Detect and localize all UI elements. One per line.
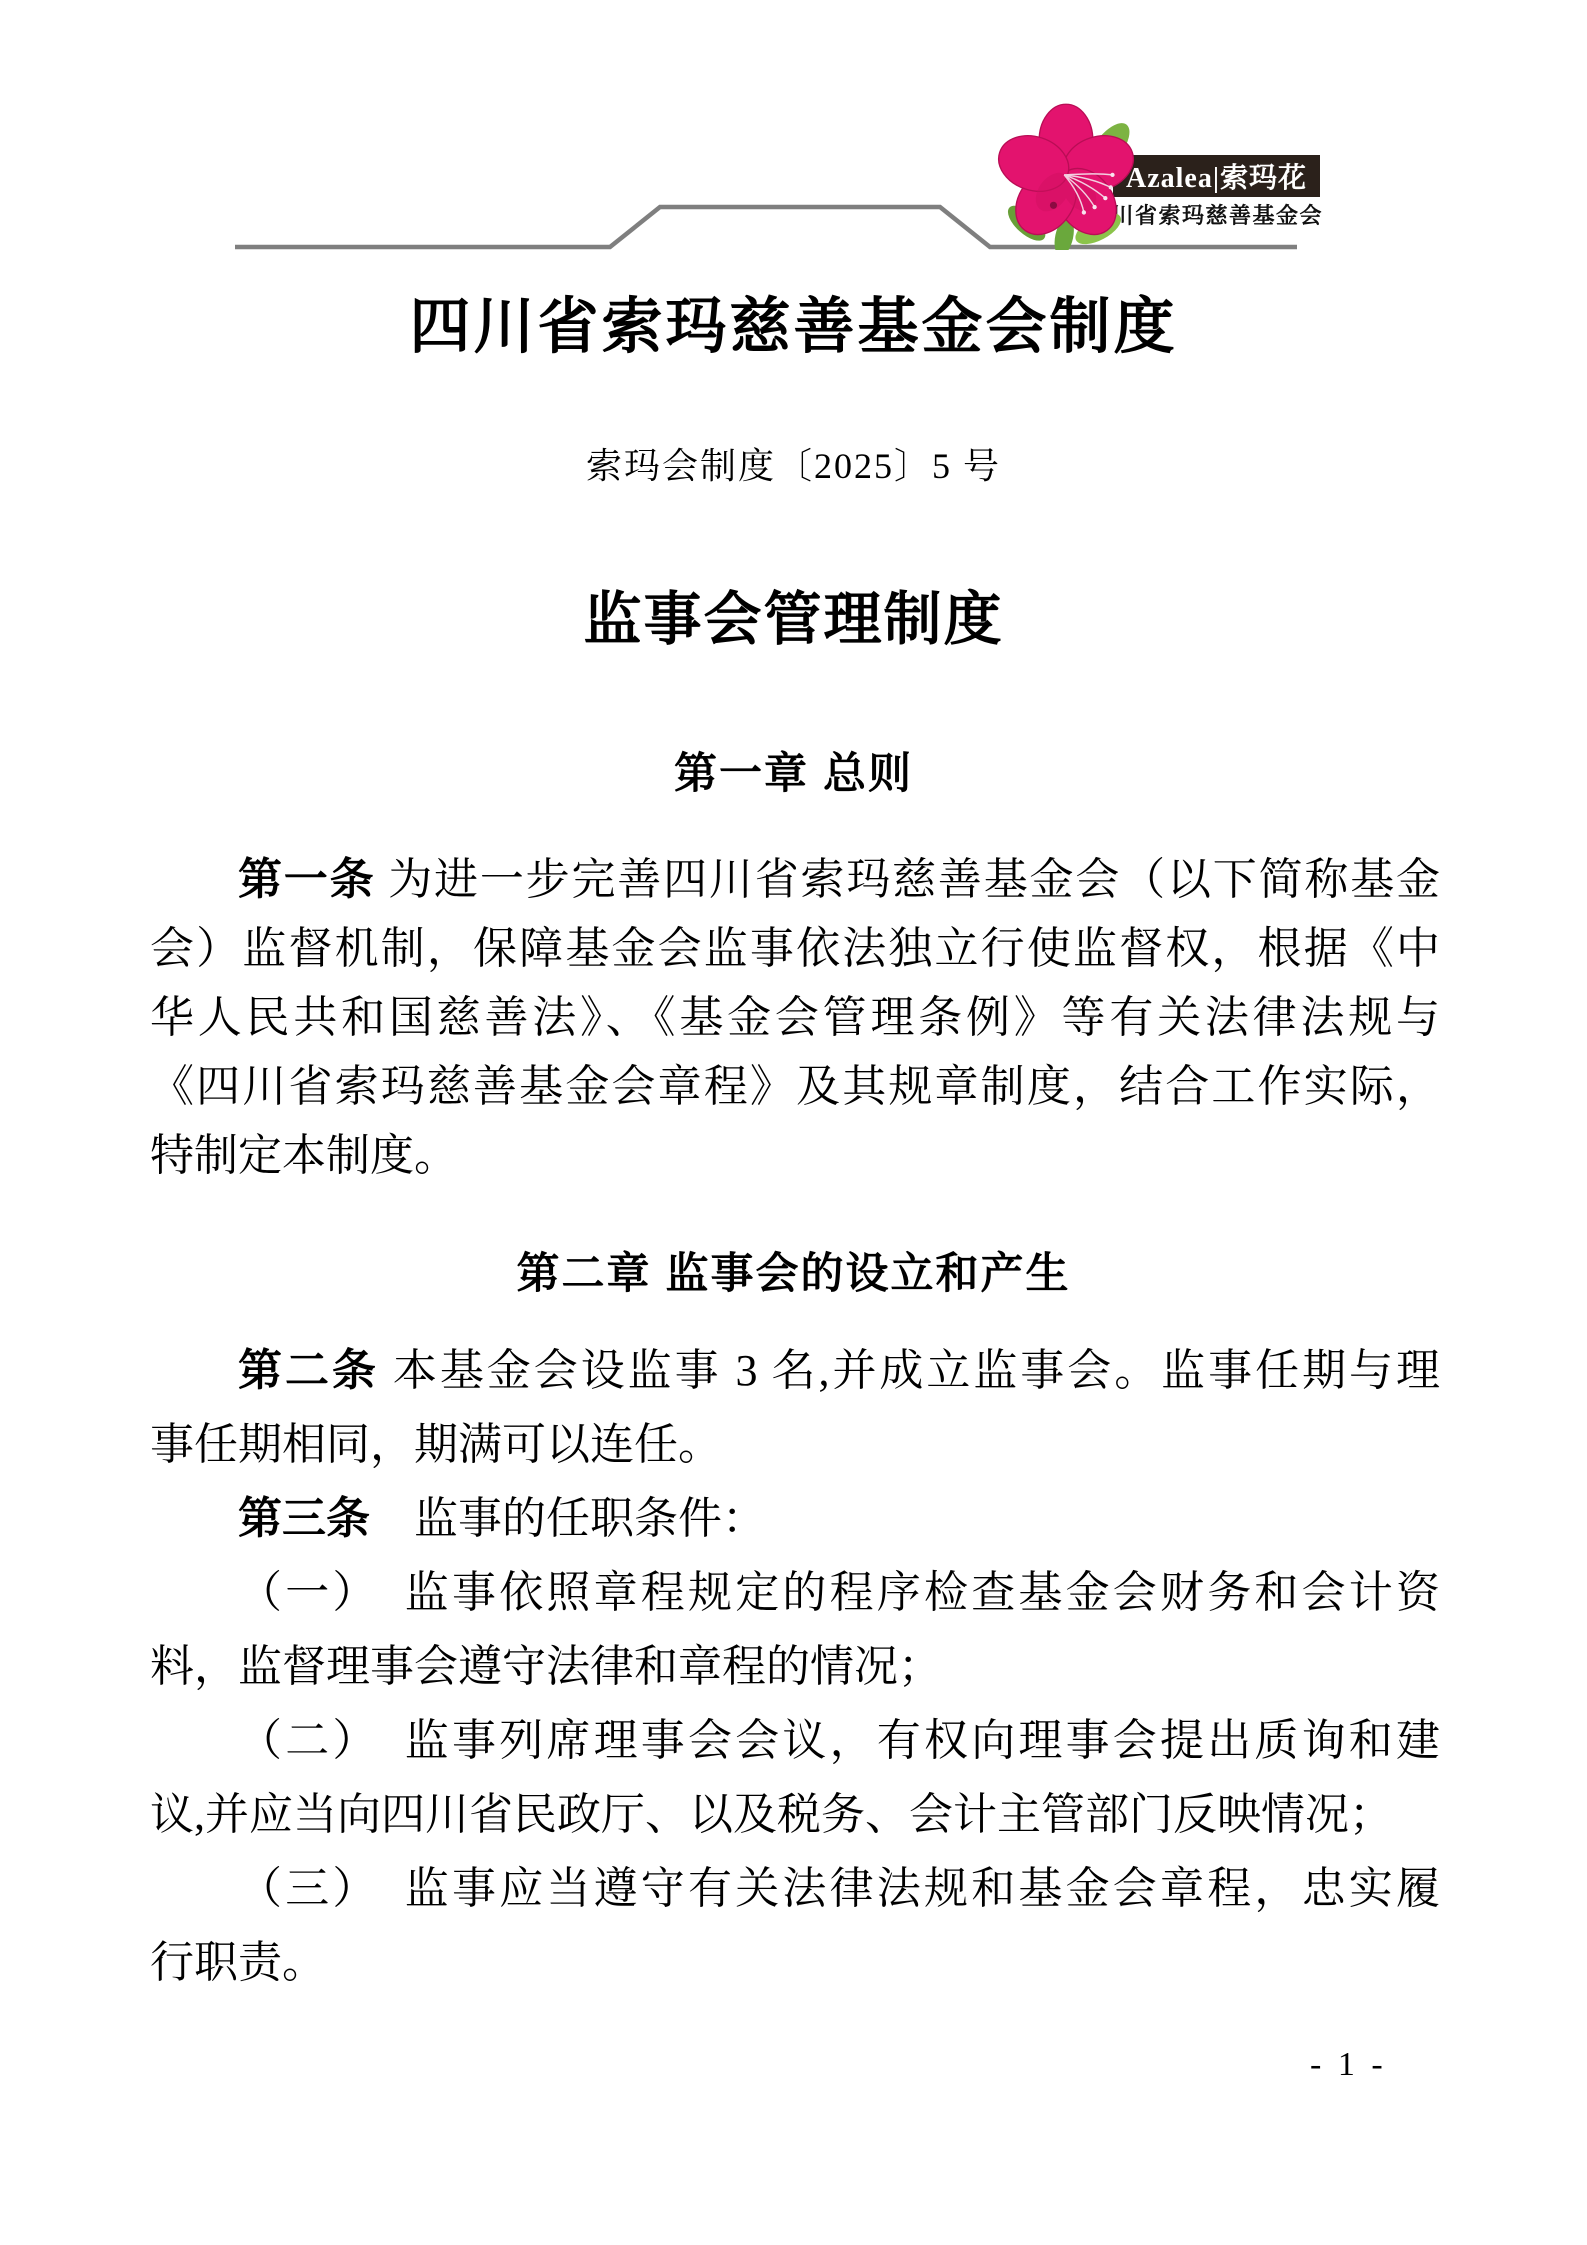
body-line: （二） 监事列席理事会会议，有权向理事会提出质询和建 bbox=[150, 1704, 1440, 1778]
body-line: 会）监督机制，保障基金会监事依法独立行使监督权，根据《中 bbox=[150, 914, 1440, 983]
article-label: 第一条 bbox=[238, 855, 375, 904]
body-line: 料，监督理事会遵守法律和章程的情况； bbox=[150, 1630, 1440, 1704]
document-title: 四川省索玛慈善基金会制度 bbox=[0, 278, 1587, 365]
section: 第一章 总则第一条 为进一步完善四川省索玛慈善基金会（以下简称基金会）监督机制，… bbox=[0, 748, 1587, 1190]
body-line: 特制定本制度。 bbox=[150, 1121, 1440, 1190]
body-line: 事任期相同，期满可以连任。 bbox=[150, 1408, 1440, 1482]
doc-subtitle: 监事会管理制度 bbox=[0, 572, 1587, 656]
article-label: 第二条 bbox=[238, 1346, 379, 1395]
body-line: 第二条 本基金会设监事 3 名,并成立监事会。监事任期与理 bbox=[150, 1334, 1440, 1408]
section: 第二章 监事会的设立和产生第二条 本基金会设监事 3 名,并成立监事会。监事任期… bbox=[0, 1248, 1587, 2000]
body-line: （三） 监事应当遵守有关法律法规和基金会章程，忠实履 bbox=[150, 1852, 1440, 1926]
body-line: 第一条 为进一步完善四川省索玛慈善基金会（以下简称基金 bbox=[150, 845, 1440, 914]
page-number: - 1 - bbox=[1310, 2046, 1387, 2084]
section-content: 第一条 为进一步完善四川省索玛慈善基金会（以下简称基金会）监督机制，保障基金会监… bbox=[150, 845, 1440, 1190]
chapter-heading: 第二章 监事会的设立和产生 bbox=[0, 1248, 1587, 1300]
logo-banner-text: Azalea|索玛花 bbox=[1126, 156, 1307, 196]
flower-bud-dot bbox=[1050, 202, 1057, 209]
header-rule bbox=[0, 0, 1587, 270]
section-content: 第二条 本基金会设监事 3 名,并成立监事会。监事任期与理事任期相同，期满可以连… bbox=[150, 1334, 1440, 2000]
chapter-heading: 第一章 总则 bbox=[0, 748, 1587, 800]
page-header: Azalea|索玛花 四川省索玛慈善基金会 bbox=[0, 0, 1587, 270]
body-line: 议,并应当向四川省民政厅、以及税务、会计主管部门反映情况； bbox=[150, 1778, 1440, 1852]
body-line: 华人民共和国慈善法》、《基金会管理条例》等有关法律法规与 bbox=[150, 983, 1440, 1052]
logo-banner: Azalea|索玛花 bbox=[1113, 155, 1320, 197]
body-line: （一） 监事依照章程规定的程序检查基金会财务和会计资 bbox=[150, 1556, 1440, 1630]
article-label: 第三条 bbox=[238, 1494, 370, 1543]
azalea-flower-icon bbox=[993, 98, 1139, 250]
body-line: 第三条 监事的任职条件： bbox=[150, 1482, 1440, 1556]
doc-number: 索玛会制度〔2025〕5 号 bbox=[0, 438, 1587, 489]
document-page: Azalea|索玛花 四川省索玛慈善基金会 bbox=[0, 0, 1587, 2245]
body-line: 行职责。 bbox=[150, 1926, 1440, 2000]
org-logo: Azalea|索玛花 四川省索玛慈善基金会 bbox=[985, 92, 1330, 242]
body-line: 《四川省索玛慈善基金会章程》及其规章制度，结合工作实际， bbox=[150, 1052, 1440, 1121]
